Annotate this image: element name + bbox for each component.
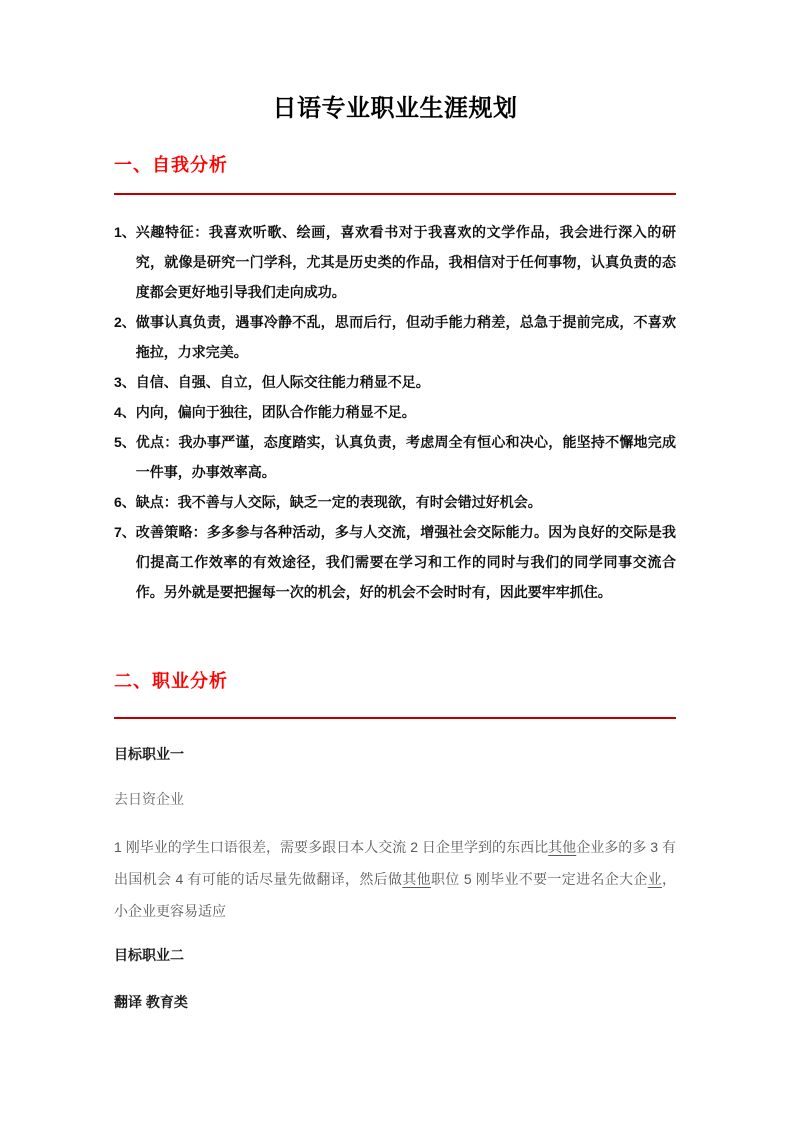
list-item: 3、 自信、自强、自立，但人际交往能力稍显不足。 — [114, 367, 676, 397]
list-item-number: 4、 — [114, 397, 136, 427]
list-item-number: 5、 — [114, 427, 136, 457]
list-item-number: 6、 — [114, 487, 136, 517]
list-item-text: 优点：我办事严谨，态度踏实，认真负责，考虑周全有恒心和决心，能坚持不懈地完成一件… — [136, 427, 676, 487]
target-career-1-label: 目标职业一 — [114, 744, 676, 764]
list-item: 6、 缺点：我不善与人交际，缺乏一定的表现欲，有时会错过好机会。 — [114, 487, 676, 517]
list-item-text: 改善策略：多多参与各种活动，多与人交流，增强社会交际能力。因为良好的交际是我们提… — [136, 517, 676, 607]
target-career-2-value: 翻译 教育类 — [114, 992, 676, 1012]
section-divider-rule — [114, 193, 676, 195]
target-career-2-label: 目标职业二 — [114, 945, 676, 965]
list-item: 7、 改善策略：多多参与各种活动，多与人交流，增强社会交际能力。因为良好的交际是… — [114, 517, 676, 607]
list-item: 5、 优点：我办事严谨，态度踏实，认真负责，考虑周全有恒心和决心，能坚持不懈地完… — [114, 427, 676, 487]
list-item-number: 1、 — [114, 217, 136, 247]
list-item-text: 自信、自强、自立，但人际交往能力稍显不足。 — [136, 367, 676, 397]
document-title: 日语专业职业生涯规划 — [114, 93, 676, 125]
list-item-text: 缺点：我不善与人交际，缺乏一定的表现欲，有时会错过好机会。 — [136, 487, 676, 517]
self-analysis-list: 1、 兴趣特征：我喜欢听歌、绘画，喜欢看书对于我喜欢的文学作品，我会进行深入的研… — [114, 217, 676, 607]
list-item-number: 3、 — [114, 367, 136, 397]
list-item: 1、 兴趣特征：我喜欢听歌、绘画，喜欢看书对于我喜欢的文学作品，我会进行深入的研… — [114, 217, 676, 307]
list-item: 2、 做事认真负责，遇事冷静不乱，思而后行，但动手能力稍差，总急于提前完成，不喜… — [114, 307, 676, 367]
list-item-text: 做事认真负责，遇事冷静不乱，思而后行，但动手能力稍差，总急于提前完成，不喜欢拖拉… — [136, 307, 676, 367]
list-item-text: 内向，偏向于独往，团队合作能力稍显不足。 — [136, 397, 676, 427]
document-page: 日语专业职业生涯规划 一、自我分析 1、 兴趣特征：我喜欢听歌、绘画，喜欢看书对… — [0, 0, 793, 1122]
target-career-1-detail: 1 刚毕业的学生口语很差，需要多跟日本人交流 2 日企里学到的东西比其他企业多的… — [114, 831, 676, 927]
section-divider-rule — [114, 717, 676, 719]
list-item-number: 7、 — [114, 517, 136, 547]
list-item: 4、 内向，偏向于独往，团队合作能力稍显不足。 — [114, 397, 676, 427]
list-item-number: 2、 — [114, 307, 136, 337]
list-item-text: 兴趣特征：我喜欢听歌、绘画，喜欢看书对于我喜欢的文学作品，我会进行深入的研究，就… — [136, 217, 676, 307]
section-heading-career-analysis: 二、职业分析 — [114, 669, 676, 694]
section-heading-self-analysis: 一、自我分析 — [114, 153, 676, 178]
target-career-1-value: 去日资企业 — [114, 789, 676, 809]
